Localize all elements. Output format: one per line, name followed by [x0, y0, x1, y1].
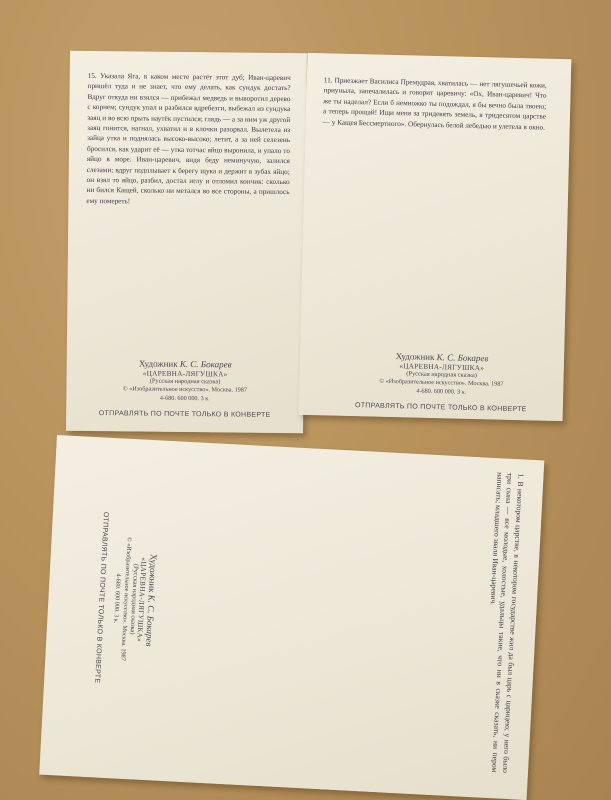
print-code: 4-680. 600 000. 3 к.: [66, 393, 303, 404]
story-text: 11. Приезжает Василиса Премудрая, хватил…: [323, 75, 547, 132]
mail-note: ОТПРАВЛЯТЬ ПО ПОЧТЕ ТОЛЬКО В КОНВЕРТЕ: [66, 410, 303, 421]
artist-name: К. С. Бокарев: [437, 352, 489, 363]
postcard-3: 1. В некотором царстве, в некотором госу…: [39, 435, 544, 800]
story-text: 1. В некотором царстве, в некотором госу…: [478, 472, 525, 773]
artist-name: К. С. Бокарев: [180, 359, 232, 370]
artist-label: Художник: [147, 554, 159, 593]
artist-name: К. С. Бокарев: [144, 595, 157, 647]
artist-label: Художник: [396, 351, 435, 362]
story-text: 15. Указала Яга, в каком месте растёт эт…: [86, 71, 290, 208]
postcard-1: 15. Указала Яга, в каком месте растёт эт…: [66, 51, 307, 433]
artist-label: Художник: [139, 359, 178, 369]
rotated-content: 1. В некотором царстве, в некотором госу…: [39, 435, 544, 800]
credits-block: Художник К. С. Бокарев «ЦАРЕВНА-ЛЯГУШКА»…: [66, 358, 304, 420]
credits-block: Художник К. С. Бокарев «ЦАРЕВНА-ЛЯГУШКА»…: [319, 349, 564, 415]
mail-note: ОТПРАВЛЯТЬ ПО ПОЧТЕ ТОЛЬКО В КОНВЕРТЕ: [319, 401, 563, 415]
credits-block: Художник К. С. Бокарев «ЦАРЕВНА-ЛЯГУШКА»…: [88, 438, 165, 761]
postcard-2: 11. Приезжает Василиса Премудрая, хватил…: [299, 53, 572, 421]
